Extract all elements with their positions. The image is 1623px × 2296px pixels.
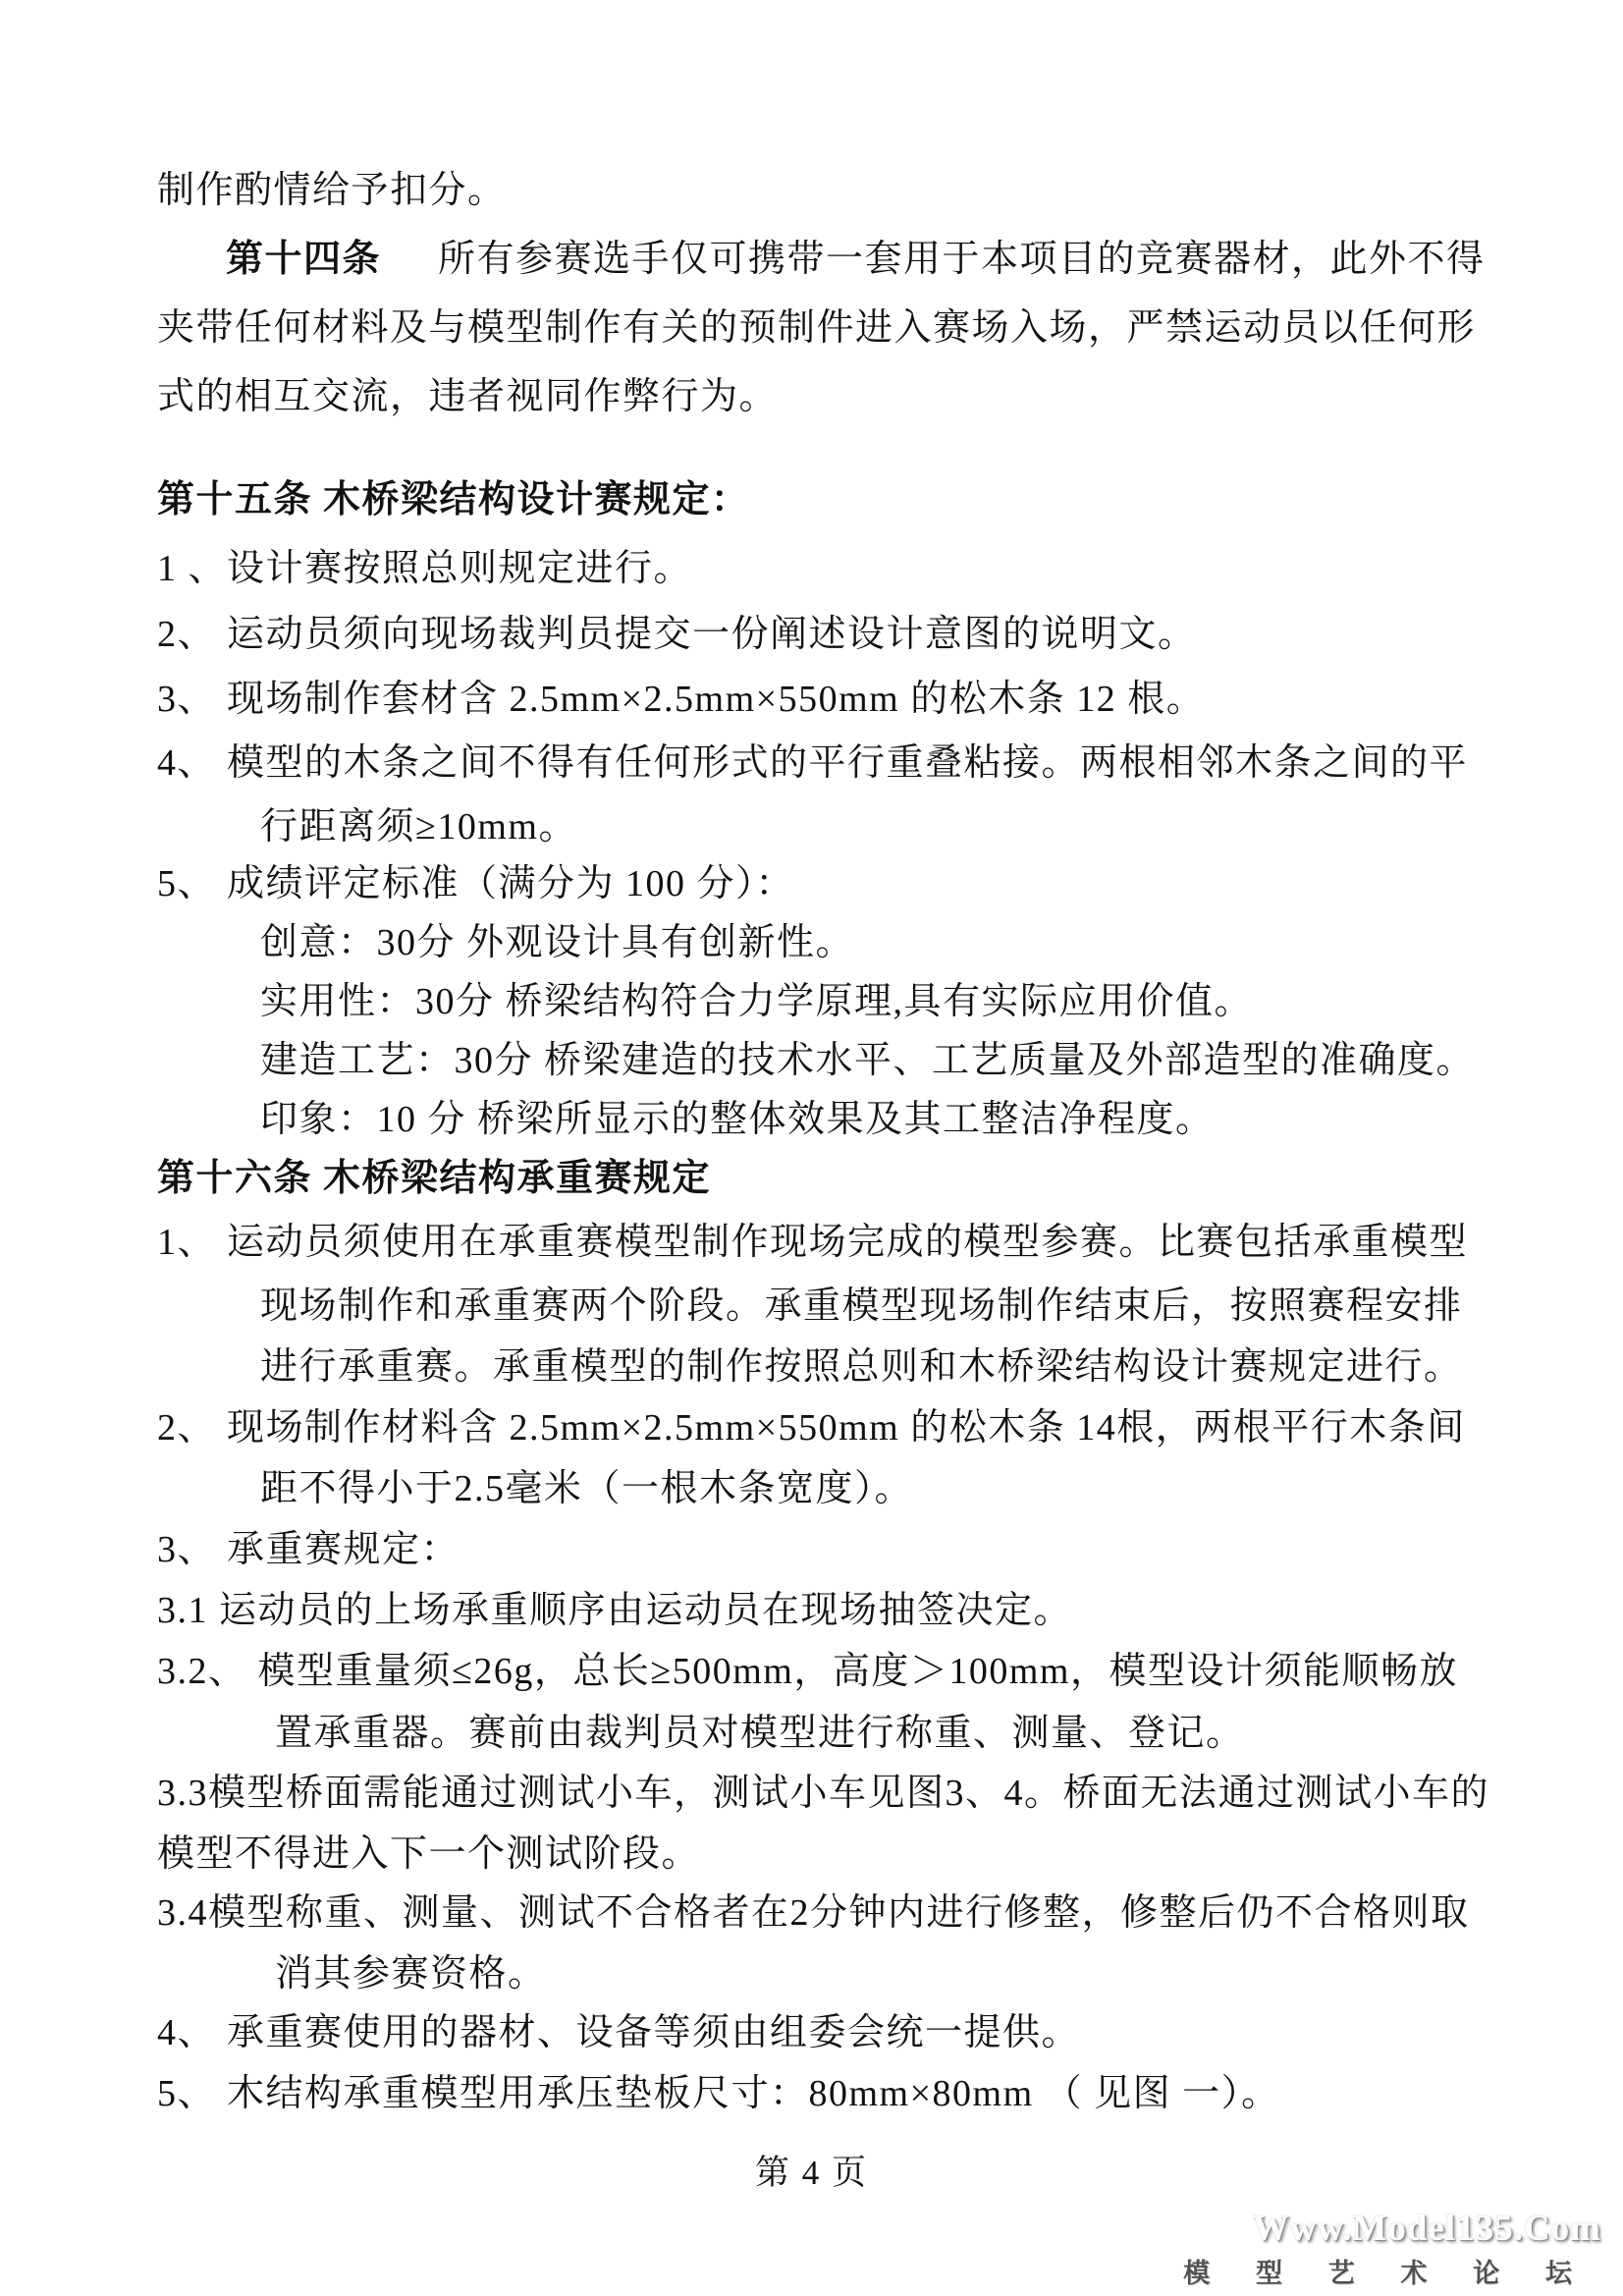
- watermark-site-text: Www.Model135.Com: [1183, 2208, 1601, 2250]
- list-item: 3.3模型桥面需能通过测试小车，测试小车见图3、4。桥面无法通过测试小车的: [157, 1772, 1489, 1817]
- list-item: 4、 模型的木条之间不得有任何形式的平行重叠粘接。两根相邻木条之间的平: [157, 741, 1468, 787]
- article-15-heading: 第十五条 木桥梁结构设计赛规定：: [157, 478, 750, 523]
- list-item: 2、 运动员须向现场裁判员提交一份阐述设计意图的说明文。: [157, 613, 1197, 658]
- list-item: 3、 承重赛规定：: [157, 1528, 460, 1573]
- list-item: 4、 承重赛使用的器材、设备等须由组委会统一提供。: [157, 2011, 1080, 2056]
- list-item: 3.1 运动员的上场承重顺序由运动员在现场抽签决定。: [157, 1589, 1072, 1634]
- score-line-creativity: 创意：30分 外观设计具有创新性。: [260, 921, 854, 966]
- list-item: 2、 现场制作材料含 2.5mm×2.5mm×550mm 的松木条 14根，两根…: [157, 1406, 1466, 1451]
- text-line: 式的相互交流，违者视同作弊行为。: [157, 375, 778, 420]
- list-item-continuation: 消其参赛资格。: [275, 1952, 547, 1997]
- list-item-continuation: 置承重器。赛前由裁判员对模型进行称重、测量、登记。: [275, 1712, 1245, 1757]
- document-page: 制作酌情给予扣分。 第十四条所有参赛选手仅可携带一套用于本项目的竞赛器材，此外不…: [0, 0, 1623, 2296]
- list-item-continuation: 模型不得进入下一个测试阶段。: [157, 1832, 700, 1878]
- score-line-impression: 印象：10 分 桥梁所显示的整体效果及其工整洁净程度。: [260, 1098, 1215, 1143]
- list-item: 5、 成绩评定标准（满分为 100 分）：: [157, 862, 794, 907]
- list-item: 1 、设计赛按照总则规定进行。: [157, 547, 692, 592]
- list-item-continuation: 距不得小于2.5毫米（一根木条宽度）。: [260, 1467, 913, 1512]
- list-item: 3、 现场制作套材含 2.5mm×2.5mm×550mm 的松木条 12 根。: [157, 678, 1205, 723]
- article-16-heading: 第十六条 木桥梁结构承重赛规定: [157, 1157, 711, 1202]
- list-item-continuation: 行距离须≥10mm。: [260, 805, 577, 850]
- list-item-continuation: 现场制作和承重赛两个阶段。承重模型现场制作结束后，按照赛程安排: [260, 1285, 1463, 1330]
- list-item-continuation: 进行承重赛。承重模型的制作按照总则和木桥梁结构设计赛规定进行。: [260, 1345, 1463, 1391]
- text-line: 制作酌情给予扣分。: [157, 169, 507, 214]
- article-14-label: 第十四条: [226, 239, 381, 280]
- list-item: 5、 木结构承重模型用承压垫板尺寸：80mm×80mm （ 见图 一）。: [157, 2072, 1280, 2117]
- score-line-practicality: 实用性：30分 桥梁结构符合力学原理,具有实际应用价值。: [260, 980, 1253, 1025]
- article-14-line: 第十四条所有参赛选手仅可携带一套用于本项目的竞赛器材，此外不得: [226, 238, 1486, 283]
- watermark: Www.Model135.Com 模 型 艺 术 论 坛: [1183, 2208, 1601, 2290]
- page-number: 第 4 页: [0, 2146, 1623, 2195]
- text-line: 夹带任何材料及与模型制作有关的预制件进入赛场入场，严禁运动员以任何形: [157, 306, 1476, 352]
- article-14-text: 所有参赛选手仅可携带一套用于本项目的竞赛器材，此外不得: [438, 239, 1486, 280]
- score-line-craft: 建造工艺：30分 桥梁建造的技术水平、工艺质量及外部造型的准确度。: [260, 1039, 1475, 1084]
- list-item: 3.4模型称重、测量、测试不合格者在2分钟内进行修整，修整后仍不合格则取: [157, 1891, 1470, 1937]
- list-item: 3.2、 模型重量须≤26g，总长≥500mm，高度＞100mm，模型设计须能顺…: [157, 1650, 1458, 1695]
- watermark-forum-text: 模 型 艺 术 论 坛: [1183, 2252, 1592, 2290]
- list-item: 1、 运动员须使用在承重赛模型制作现场完成的模型参赛。比赛包括承重模型: [157, 1221, 1468, 1266]
